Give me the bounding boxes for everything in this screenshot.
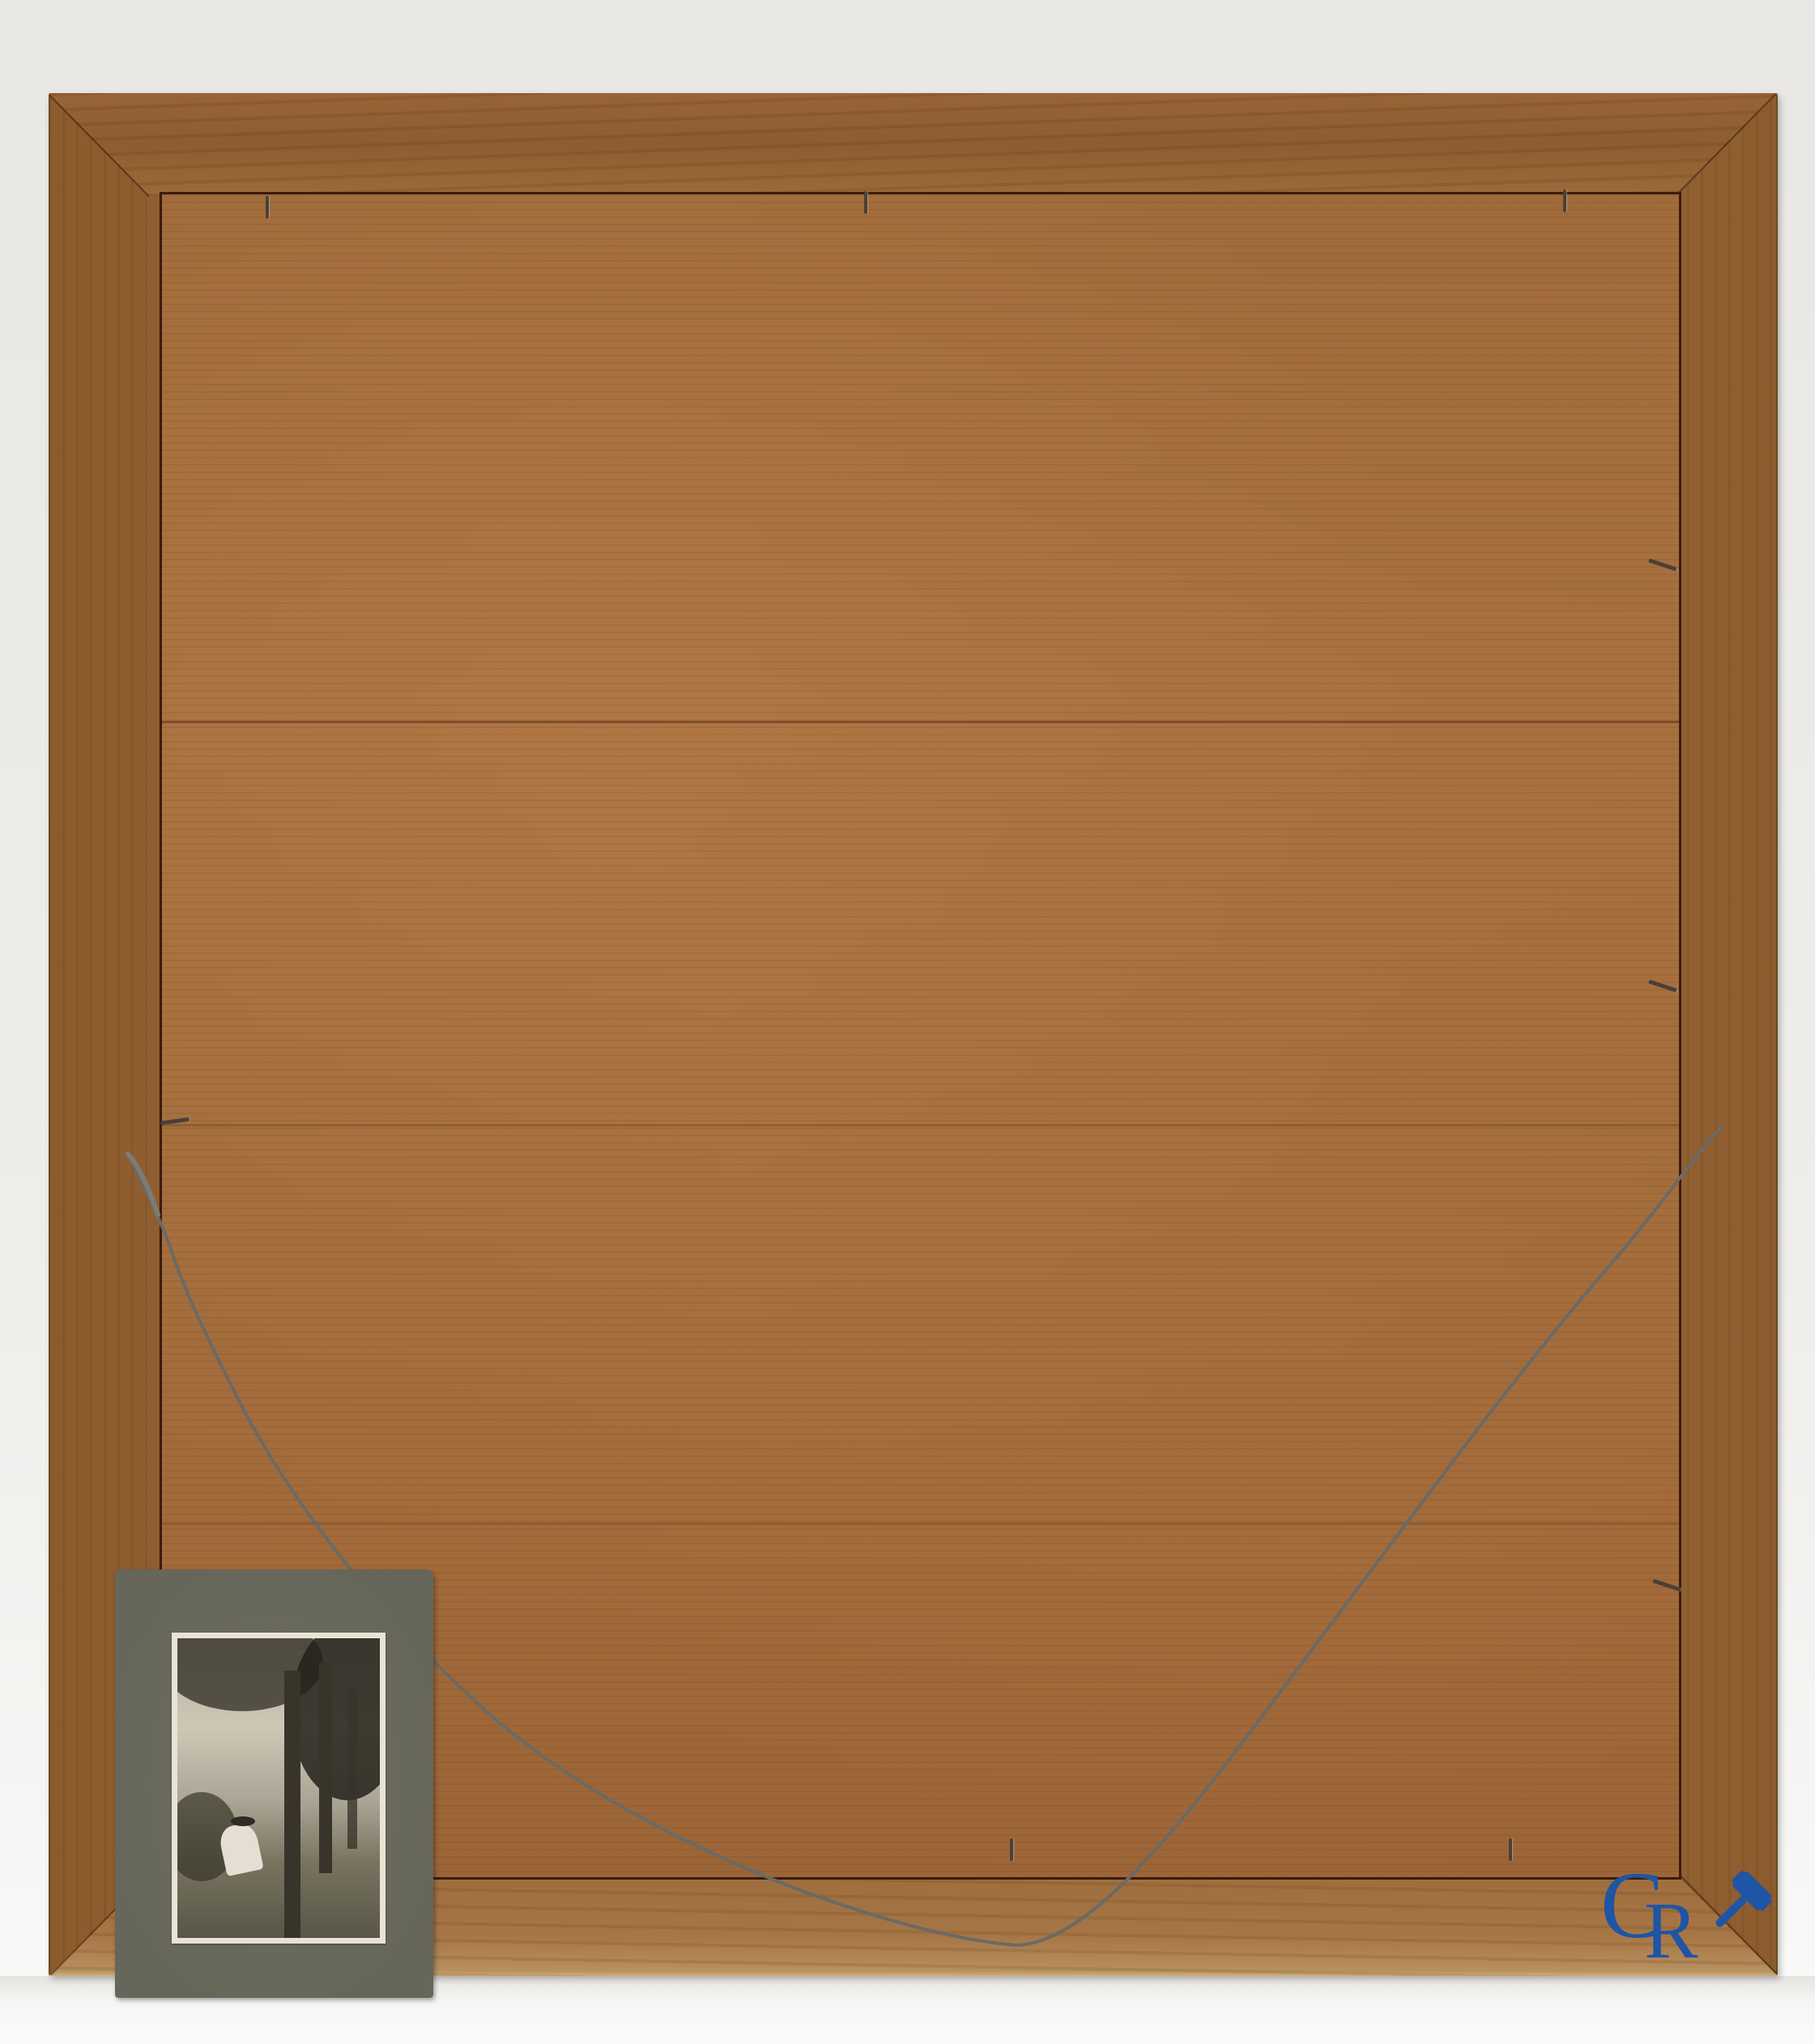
auction-house-watermark: C R	[1597, 1850, 1775, 1979]
tree-trunk	[284, 1671, 300, 1938]
logo-letter-r: R	[1644, 1890, 1681, 1971]
tree-trunk	[347, 1687, 357, 1849]
logo-letter-c: C	[1600, 1858, 1647, 1953]
photograph-image	[177, 1638, 380, 1938]
gavel-icon	[1704, 1866, 1777, 1939]
vintage-photograph	[172, 1633, 386, 1944]
photo-mount-card	[115, 1569, 433, 1998]
tree-canopy	[291, 1638, 380, 1800]
girl-hat	[231, 1816, 255, 1826]
tree-trunk	[319, 1663, 332, 1873]
